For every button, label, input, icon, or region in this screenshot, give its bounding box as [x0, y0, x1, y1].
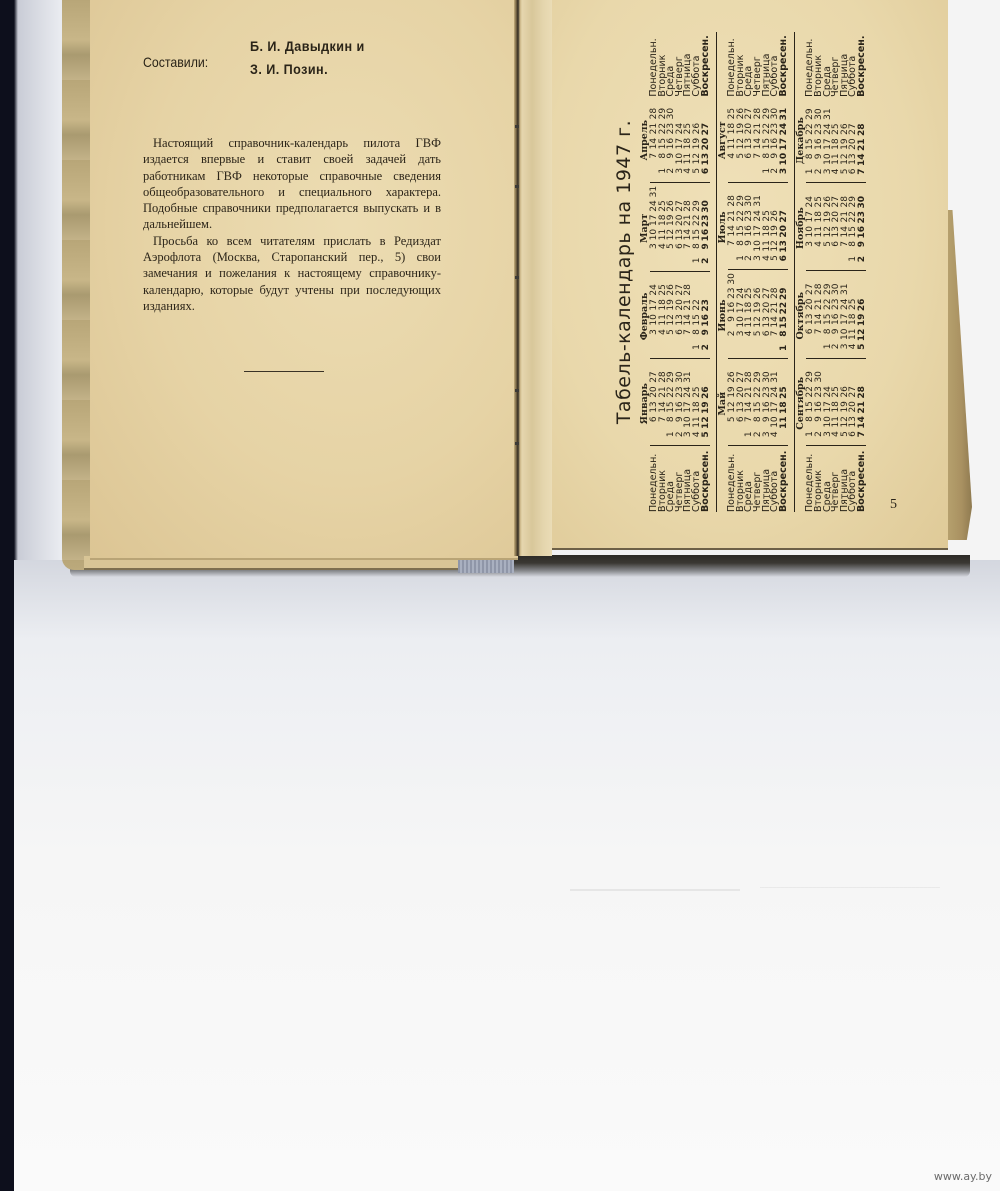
- week-column: 12: [650, 257, 710, 271]
- week-column: 21222324252627: [650, 122, 710, 137]
- stitch-mark: [515, 442, 519, 445]
- calendar-quarter-row: Понедельн.ВторникСредаЧетвергПятницаСубб…: [794, 32, 866, 512]
- weekday-labels: Понедельн.ВторникСредаЧетвергПятницаСубб…: [640, 447, 710, 512]
- week-column: 13141516171819: [650, 400, 710, 415]
- week-column: 17181920212223: [650, 214, 710, 228]
- week-column: 12131415161718: [728, 400, 788, 415]
- intro-text: Настоящий справочник-календарь пилота ГВ…: [143, 135, 441, 314]
- week-column: 10111213141516: [650, 228, 710, 242]
- week-column: 293031: [806, 107, 866, 122]
- weekday-labels: Понедельн.ВторникСредаЧетвергПятницаСубб…: [796, 32, 866, 97]
- calendar-month: Декабрь123456789101112131415161718192021…: [796, 97, 866, 185]
- calendar-month: Август1234567891011121314151617181920212…: [718, 97, 788, 184]
- week-column: 78910111213: [650, 152, 710, 167]
- calendar-month: Ноябрь1234567891011121314151617181920212…: [796, 184, 866, 272]
- calendar-month: Февраль123456789101112131415161718192021…: [640, 273, 710, 360]
- scan-artifact: [570, 889, 740, 891]
- week-column: 31: [650, 185, 710, 199]
- week-column: 14151617181920: [728, 224, 788, 239]
- weekday-label: Воскресен.: [780, 447, 789, 512]
- week-column: 123: [728, 167, 788, 182]
- calendar-month: Апрель1234567891011121314151617181920212…: [640, 97, 710, 184]
- week-column: 891011121314: [806, 415, 866, 430]
- calendar-1947: Табель-календарь на 1947 г. Понедельн.Вт…: [613, 32, 877, 512]
- week-column: 3456789: [806, 240, 866, 255]
- week-column: 78910111213: [728, 239, 788, 254]
- author-name: З. И. Позин.: [250, 61, 328, 77]
- week-column: 9101112131415: [728, 315, 788, 329]
- watermark: www.ay.by: [934, 1170, 992, 1183]
- week-column: 123456: [650, 167, 710, 182]
- weekday-labels: Понедельн.ВторникСредаЧетвергПятницаСубб…: [718, 32, 788, 97]
- credits-label: Составили:: [143, 54, 208, 70]
- week-column: 24252627282930: [806, 195, 866, 210]
- week-column: 262728293031: [728, 370, 788, 385]
- week-column: 2345678: [728, 329, 788, 343]
- week-column: 10111213141516: [806, 225, 866, 240]
- week-column: 22232425262728: [806, 122, 866, 137]
- week-column: 45678910: [728, 152, 788, 167]
- week-column: 20212223242526: [806, 298, 866, 313]
- week-column: 22232425262728: [806, 385, 866, 400]
- week-column: 15161718192021: [806, 400, 866, 415]
- week-column: 19202122232425: [728, 385, 788, 400]
- week-column: 30: [728, 272, 788, 286]
- week-column: 6789101112: [806, 328, 866, 343]
- week-column: 17181920212223: [806, 210, 866, 225]
- week-column: 1234567: [806, 167, 866, 182]
- week-column: 282930: [650, 107, 710, 122]
- divider: [244, 371, 324, 372]
- calendar-quarter-row: Понедельн.ВторникСредаЧетвергПятницаСубб…: [639, 32, 710, 512]
- week-column: 12345: [650, 430, 710, 445]
- weekday-label: Воскресен.: [858, 447, 867, 512]
- scan-artifact: [760, 887, 940, 888]
- calendar-title: Табель-календарь на 1947 г.: [613, 32, 635, 512]
- week-column: 15161718192021: [806, 137, 866, 152]
- week-column: 3456789: [650, 242, 710, 256]
- calendar-month: Март123456789101112131415161718192021222…: [640, 184, 710, 273]
- week-column: 12: [806, 255, 866, 270]
- week-column: 2930: [806, 370, 866, 385]
- week-column: 12: [650, 343, 710, 358]
- calendar-month: Октябрь123456789101112131415161718192021…: [796, 272, 866, 360]
- week-column: 10111213141516: [650, 313, 710, 328]
- stitch-mark: [515, 389, 519, 392]
- stitch-mark: [515, 125, 519, 128]
- calendar-month: Июнь123456789101112131415161718192021222…: [718, 271, 788, 360]
- week-column: 14151617181920: [650, 137, 710, 152]
- calendar-month: Январь1234567891011121314151617181920212…: [640, 360, 710, 447]
- intro-paragraph: Просьба ко всем читателям прислать в Ред…: [143, 233, 441, 314]
- weekday-label: Воскресен.: [702, 447, 711, 512]
- intro-paragraph: Настоящий справочник-календарь пилота ГВ…: [143, 135, 441, 233]
- calendar-month: Сентябрь12345678910111213141516171819202…: [796, 360, 866, 448]
- week-column: 24252627282930: [650, 199, 710, 213]
- book-cover-right-edge: [946, 210, 972, 540]
- page-number: 5: [890, 497, 897, 513]
- week-column: 123456: [728, 254, 788, 269]
- scanner-background: [14, 560, 1000, 1191]
- week-column: 2728293031: [650, 370, 710, 385]
- week-column: 21222324252627: [728, 209, 788, 224]
- week-column: 1234567: [806, 430, 866, 445]
- gutter-strip: [522, 0, 552, 556]
- week-column: 20212223242526: [650, 385, 710, 400]
- week-column: 11121314151617: [728, 137, 788, 152]
- week-column: 2425262728: [650, 283, 710, 298]
- week-column: 1234: [728, 430, 788, 445]
- week-column: 17181920212223: [650, 298, 710, 313]
- week-column: 3456789: [650, 328, 710, 343]
- calendar-month: Июль123456789101112131415161718192021222…: [718, 184, 788, 271]
- week-column: 6789101112: [650, 415, 710, 430]
- calendar-month: Май1234567891011121314151617181920212223…: [718, 360, 788, 447]
- week-column: 1: [728, 344, 788, 358]
- week-column: 23242526272829: [728, 286, 788, 300]
- calendar-grid: Понедельн.ВторникСредаЧетвергПятницаСубб…: [639, 32, 866, 512]
- weekday-label: Воскресен.: [702, 32, 711, 97]
- calendar-quarter-row: Понедельн.ВторникСредаЧетвергПятницаСубб…: [716, 32, 788, 512]
- week-column: 2728293031: [806, 283, 866, 298]
- week-column: 28293031: [728, 194, 788, 209]
- week-column: 16171819202122: [728, 301, 788, 315]
- week-column: 567891011: [728, 415, 788, 430]
- weekday-labels: Понедельн.ВторникСредаЧетвергПятницаСубб…: [718, 447, 788, 512]
- stitch-mark: [515, 185, 519, 188]
- week-column: 13141516171819: [806, 313, 866, 328]
- week-column: 12345: [806, 343, 866, 358]
- weekday-label: Воскресен.: [780, 32, 789, 97]
- week-column: 891011121314: [806, 152, 866, 167]
- weekday-label: Воскресен.: [858, 32, 867, 97]
- stitch-mark: [515, 276, 519, 279]
- week-column: 18192021222324: [728, 122, 788, 137]
- weekday-labels: Понедельн.ВторникСредаЧетвергПятницаСубб…: [796, 447, 866, 512]
- weekday-labels: Понедельн.ВторникСредаЧетвергПятницаСубб…: [640, 32, 710, 97]
- week-column: 25262728293031: [728, 107, 788, 122]
- author-name: Б. И. Давыдкин и: [250, 38, 365, 54]
